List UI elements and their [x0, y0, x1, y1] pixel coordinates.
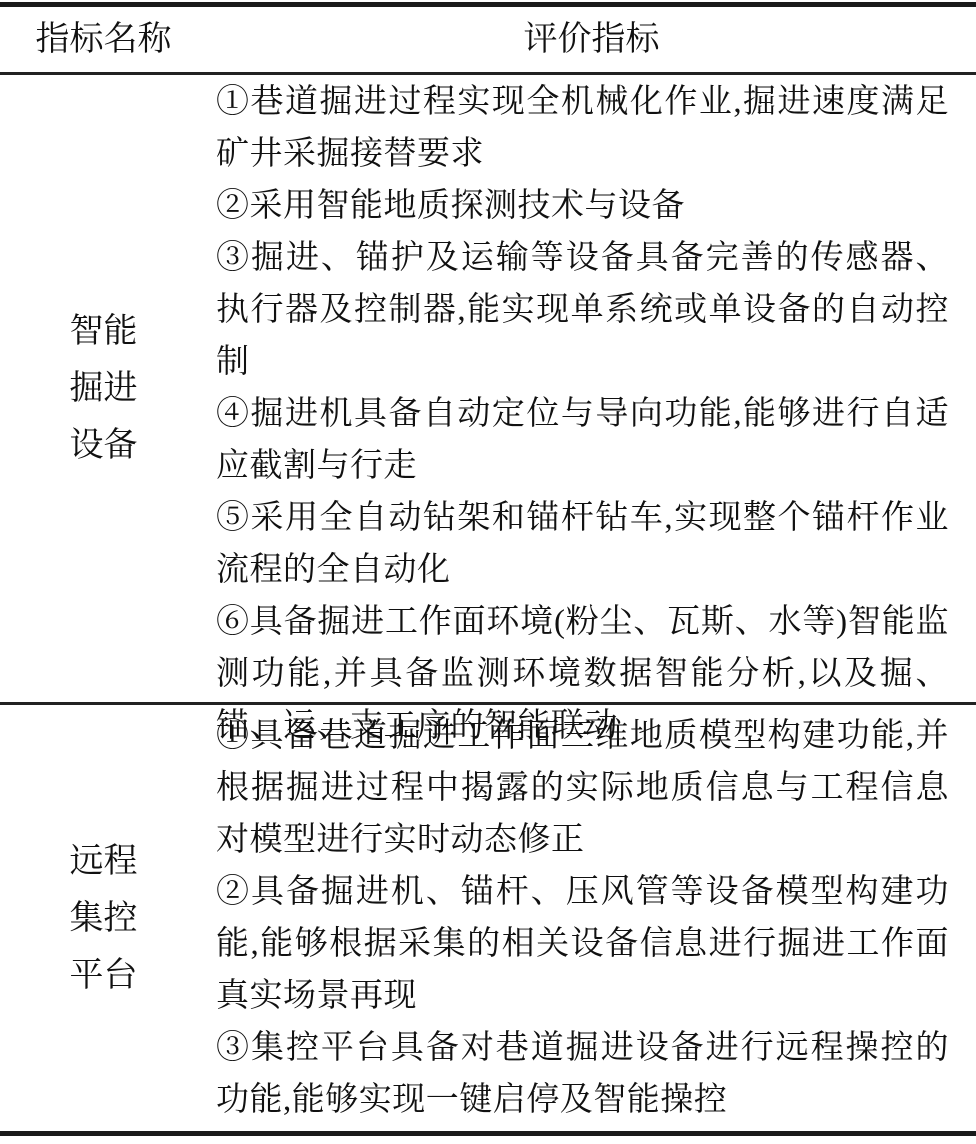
row-label-line: 平台	[70, 947, 138, 1004]
row-label-line: 掘进	[70, 360, 138, 417]
header-label-indicator-name: 指标名称	[36, 23, 172, 57]
indicator-item-3: ③集控平台具备对巷道掘进设备进行远程操控的功能,能够实现一键启停及智能操控	[216, 1022, 949, 1126]
evaluation-indicator-table: 指标名称 评价指标 智能 掘进 设备 ①巷道掘进过程实现全机械化作业,掘进速度满…	[0, 2, 976, 1136]
indicator-item-2: ②采用智能地质探测技术与设备	[216, 180, 949, 232]
indicator-item-1: ①巷道掘进过程实现全机械化作业,掘进速度满足矿井采掘接替要求	[216, 76, 949, 180]
header-cell-evaluation-indicator: 评价指标	[207, 23, 976, 57]
row-label-line: 远程	[70, 833, 138, 890]
paper-table-page: 指标名称 评价指标 智能 掘进 设备 ①巷道掘进过程实现全机械化作业,掘进速度满…	[0, 0, 976, 1144]
row-label-line: 智能	[70, 303, 138, 360]
header-label-evaluation-indicator: 评价指标	[524, 23, 660, 57]
table-row-remote-control-platform: 远程 集控 平台 ①具备巷道掘进工作面三维地质模型构建功能,并根据掘进过程中揭露…	[0, 705, 976, 1131]
table-header-row: 指标名称 评价指标	[0, 7, 976, 75]
row-label-remote-control-platform: 远程 集控 平台	[0, 705, 207, 1131]
indicator-item-3: ③掘进、锚护及运输等设备具备完善的传感器、执行器及控制器,能实现单系统或单设备的…	[216, 232, 949, 388]
row-label-intelligent-excavation-equipment: 智能 掘进 设备	[0, 75, 207, 702]
row-label-line: 设备	[70, 417, 138, 474]
indicator-item-1: ①具备巷道掘进工作面三维地质模型构建功能,并根据掘进过程中揭露的实际地质信息与工…	[216, 710, 949, 866]
row-label-line: 集控	[70, 890, 138, 947]
table-row-intelligent-excavation-equipment: 智能 掘进 设备 ①巷道掘进过程实现全机械化作业,掘进速度满足矿井采掘接替要求 …	[0, 75, 976, 705]
indicator-item-2: ②具备掘进机、锚杆、压风管等设备模型构建功能,能够根据采集的相关设备信息进行掘进…	[216, 866, 949, 1022]
header-cell-indicator-name: 指标名称	[0, 23, 207, 57]
indicator-item-5: ⑤采用全自动钻架和锚杆钻车,实现整个锚杆作业流程的全自动化	[216, 492, 949, 596]
row-content-remote-control-platform: ①具备巷道掘进工作面三维地质模型构建功能,并根据掘进过程中揭露的实际地质信息与工…	[207, 705, 976, 1131]
indicator-item-4: ④掘进机具备自动定位与导向功能,能够进行自适应截割与行走	[216, 388, 949, 492]
row-content-intelligent-excavation-equipment: ①巷道掘进过程实现全机械化作业,掘进速度满足矿井采掘接替要求 ②采用智能地质探测…	[207, 75, 976, 702]
